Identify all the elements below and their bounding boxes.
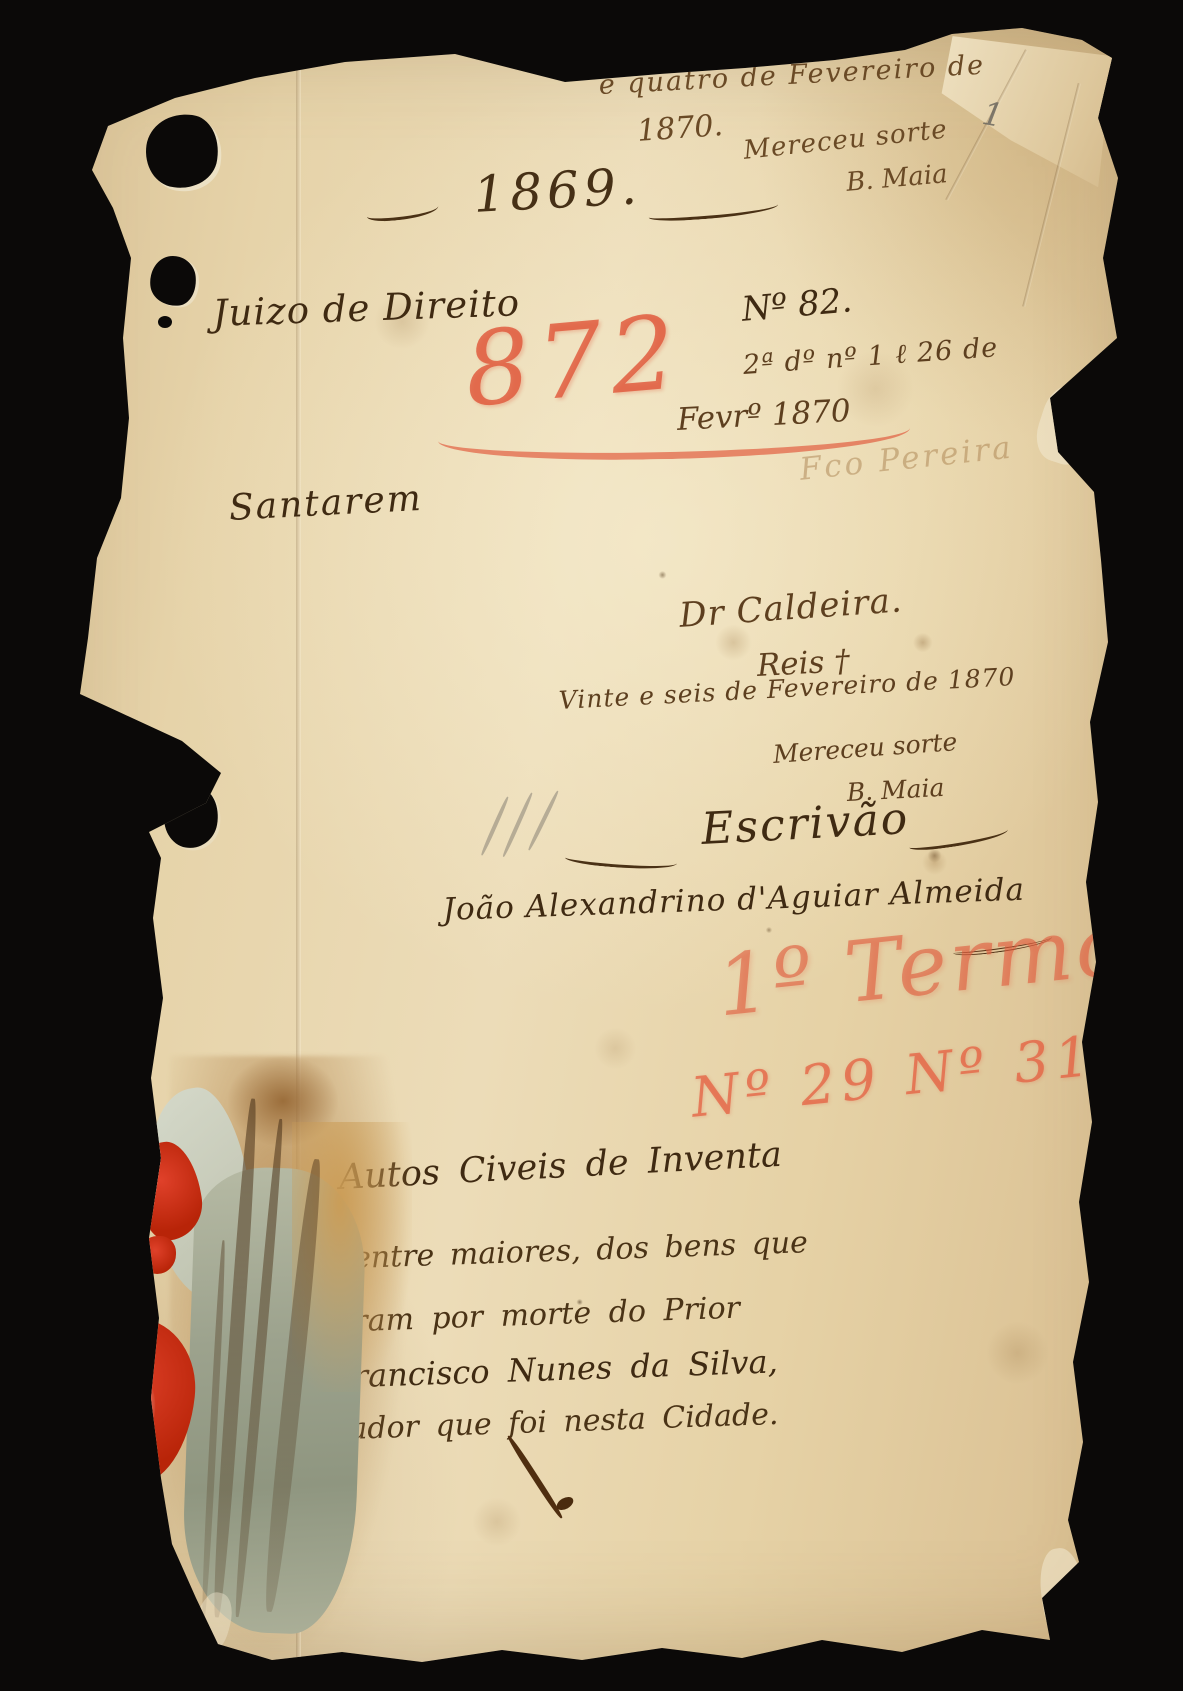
year-left-flourish bbox=[366, 200, 439, 223]
document-photo: e quatro de Fevereiro de 1870. Mereceu s… bbox=[0, 0, 1183, 1691]
pencil-scribble-stroke bbox=[527, 790, 560, 851]
wax-highlight bbox=[105, 1371, 158, 1447]
escrivao-left-flourish bbox=[565, 848, 678, 873]
manuscript-paper: e quatro de Fevereiro de 1870. Mereceu s… bbox=[0, 0, 1183, 1691]
damaged-area bbox=[70, 1040, 430, 1680]
mid-clerk-note: Mereceu sorte bbox=[772, 727, 958, 769]
torn-edge-highlight bbox=[1035, 1545, 1092, 1650]
clerk-title: Escrivão bbox=[700, 793, 910, 855]
top-clerk-rubric: B. Maia bbox=[845, 159, 949, 198]
case-number: Nº 82. bbox=[740, 280, 854, 329]
top-clerk-note: Mereceu sorte bbox=[742, 115, 949, 166]
torn-edge-highlight bbox=[1029, 379, 1105, 470]
escrivao-right-flourish bbox=[908, 824, 1009, 853]
red-process-numbers: Nº 29 Nº 31 bbox=[688, 1024, 1099, 1130]
top-date-note-line2: 1870. bbox=[636, 108, 724, 149]
registry-reference-line1: 2ª dº nº 1 ℓ 26 de bbox=[742, 332, 999, 381]
year-heading: 1869. bbox=[472, 157, 643, 224]
worm-hole bbox=[159, 782, 223, 852]
worm-hole bbox=[141, 109, 223, 192]
place-name: Santarem bbox=[228, 478, 424, 529]
worm-hole bbox=[158, 316, 172, 328]
worm-hole bbox=[148, 254, 199, 309]
judge-name-line1: Dr Caldeira. bbox=[678, 580, 904, 635]
ink-slash-stroke bbox=[506, 1434, 564, 1519]
year-right-flourish bbox=[648, 199, 779, 223]
top-date-note-line1: e quatro de Fevereiro de bbox=[598, 50, 986, 101]
